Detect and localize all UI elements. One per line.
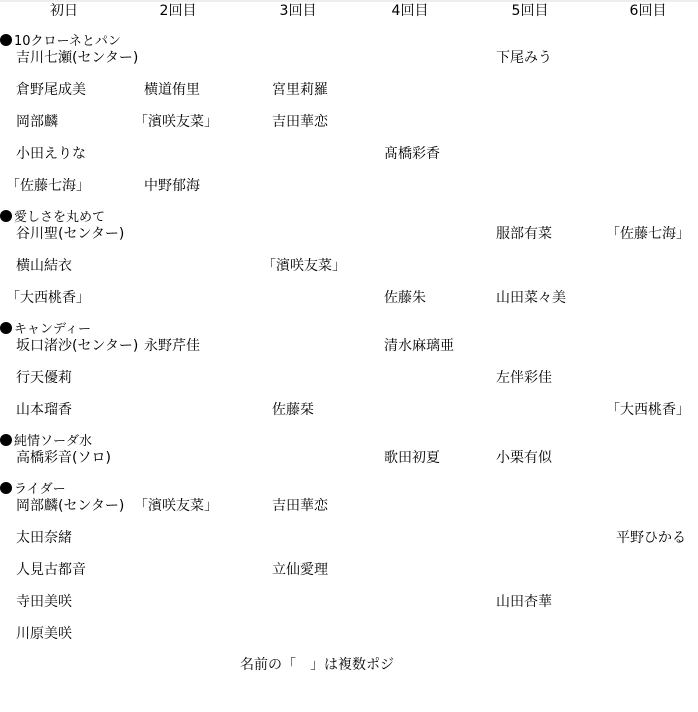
member-name-cell: 平野ひかる bbox=[616, 529, 686, 547]
member-name-cell: 寺田美咲 bbox=[16, 593, 72, 611]
bullet-icon bbox=[0, 322, 12, 334]
member-name-cell: 岡部麟(センター) bbox=[16, 497, 124, 515]
member-name-cell: 倉野尾成美 bbox=[16, 81, 86, 99]
song-title-text: 愛しさを丸めて bbox=[14, 210, 105, 225]
bullet-icon bbox=[0, 34, 12, 46]
song-title: 愛しさを丸めて bbox=[0, 210, 105, 226]
member-name-cell: 「濱咲友菜」 bbox=[134, 497, 218, 515]
bullet-icon bbox=[0, 482, 12, 494]
song-title: 純情ソーダ水 bbox=[0, 434, 92, 450]
member-name-cell: 山田菜々美 bbox=[496, 289, 566, 307]
member-name-cell: 「濱咲友菜」 bbox=[262, 257, 346, 275]
member-name-cell: 坂口渚沙(センター) bbox=[16, 337, 138, 355]
header-day-6: 6回目 bbox=[598, 2, 698, 20]
song-title-text: 10クローネとパン bbox=[14, 34, 121, 49]
member-name-cell: 宮里莉羅 bbox=[272, 81, 328, 99]
member-name-cell: 「大西桃香」 bbox=[606, 401, 690, 419]
member-name-cell: 永野芹佳 bbox=[144, 337, 200, 355]
song-title-text: キャンディー bbox=[14, 322, 91, 337]
song-title: 10クローネとパン bbox=[0, 34, 121, 50]
member-name-cell: 小田えりな bbox=[16, 145, 86, 163]
member-name-cell: 中野郁海 bbox=[144, 177, 200, 195]
member-name-cell: 吉川七瀬(センター) bbox=[16, 49, 138, 67]
member-name-cell: 左伴彩佳 bbox=[496, 369, 552, 387]
header-day-4: 4回目 bbox=[360, 2, 460, 20]
member-name-cell: 行天優莉 bbox=[16, 369, 72, 387]
member-name-cell: 横道侑里 bbox=[144, 81, 200, 99]
song-title-text: ライダー bbox=[14, 482, 66, 497]
member-name-cell: 髙橋彩香 bbox=[384, 145, 440, 163]
header-day-5: 5回目 bbox=[480, 2, 580, 20]
header-day-3: 3回目 bbox=[248, 2, 348, 20]
member-name-cell: 高橋彩音(ソロ) bbox=[16, 449, 111, 467]
song-title: ライダー bbox=[0, 482, 66, 498]
member-name-cell: 「大西桃香」 bbox=[6, 289, 90, 307]
member-name-cell: 吉田華恋 bbox=[272, 113, 328, 131]
member-name-cell: 「佐藤七海」 bbox=[606, 225, 690, 243]
member-name-cell: 佐藤栞 bbox=[272, 401, 314, 419]
member-name-cell: 「濱咲友菜」 bbox=[134, 113, 218, 131]
footnote: 名前の「 」は複数ポジ bbox=[240, 656, 394, 674]
member-name-cell: 清水麻璃亜 bbox=[384, 337, 454, 355]
song-title: キャンディー bbox=[0, 322, 91, 338]
member-name-cell: 人見古都音 bbox=[16, 561, 86, 579]
member-name-cell: 服部有菜 bbox=[496, 225, 552, 243]
member-name-cell: 立仙愛理 bbox=[272, 561, 328, 579]
member-name-cell: 山田杏華 bbox=[496, 593, 552, 611]
member-name-cell: 「佐藤七海」 bbox=[6, 177, 90, 195]
member-name-cell: 岡部麟 bbox=[16, 113, 58, 131]
member-name-cell: 太田奈緒 bbox=[16, 529, 72, 547]
member-name-cell: 佐藤朱 bbox=[384, 289, 426, 307]
member-name-cell: 谷川聖(センター) bbox=[16, 225, 124, 243]
header-day-1: 初日 bbox=[14, 2, 114, 20]
bullet-icon bbox=[0, 434, 12, 446]
member-name-cell: 横山結衣 bbox=[16, 257, 72, 275]
header-day-2: 2回目 bbox=[128, 2, 228, 20]
song-title-text: 純情ソーダ水 bbox=[14, 434, 92, 449]
member-name-cell: 歌田初夏 bbox=[384, 449, 440, 467]
bullet-icon bbox=[0, 210, 12, 222]
member-name-cell: 川原美咲 bbox=[16, 625, 72, 643]
member-name-cell: 吉田華恋 bbox=[272, 497, 328, 515]
member-name-cell: 小栗有似 bbox=[496, 449, 552, 467]
member-name-cell: 山本瑠香 bbox=[16, 401, 72, 419]
member-name-cell: 下尾みう bbox=[496, 49, 552, 67]
